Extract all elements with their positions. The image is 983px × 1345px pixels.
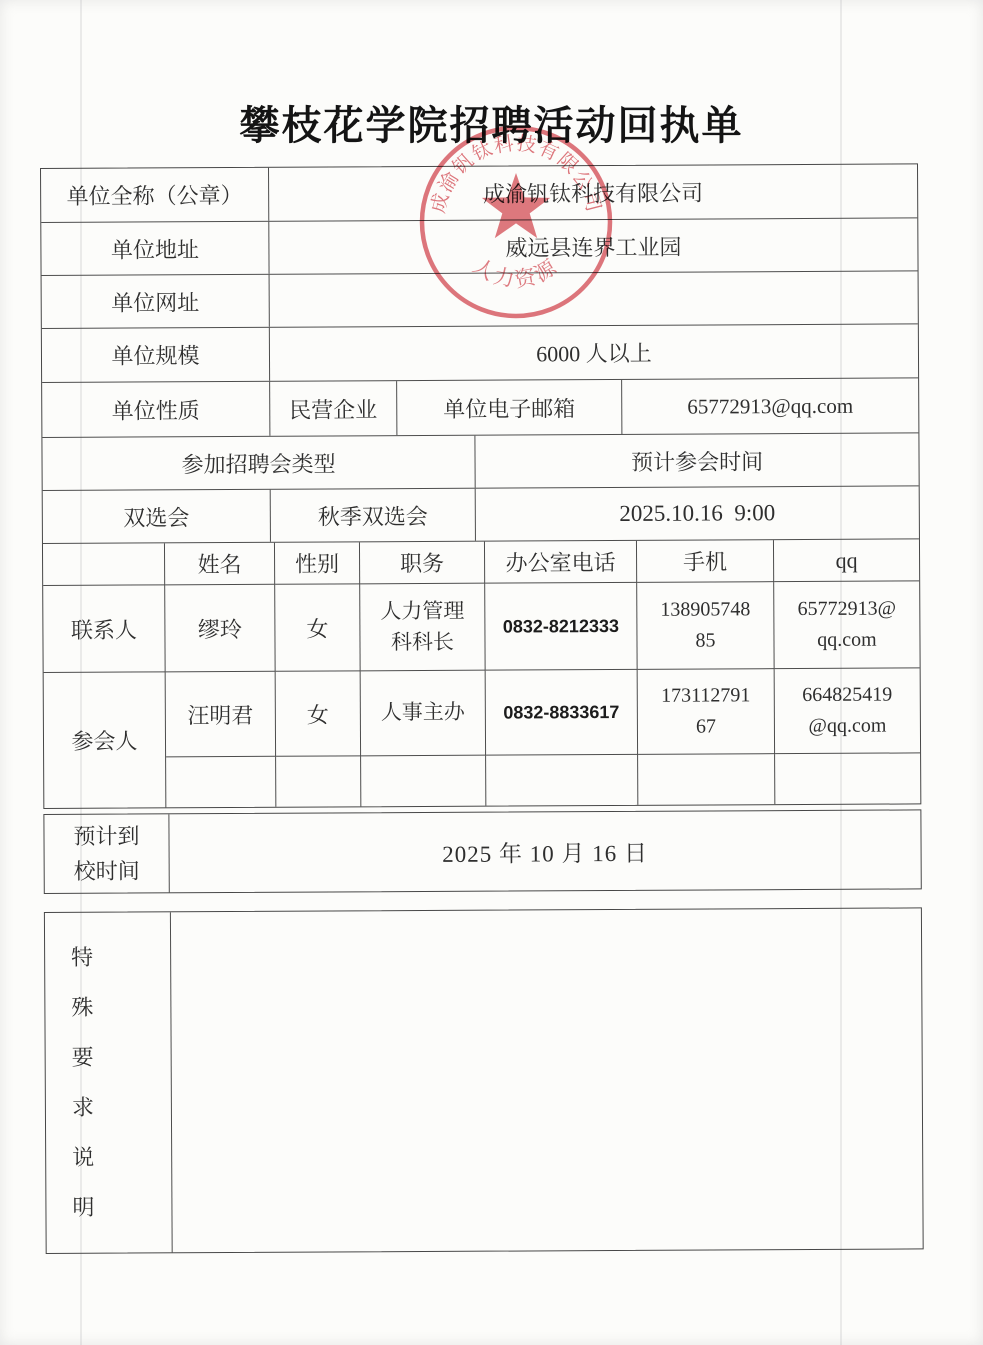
contact-name: 缪玲: [165, 585, 275, 673]
header-name: 姓名: [165, 543, 275, 586]
address-value: 威远县连界工业园: [269, 218, 917, 273]
attendee-position: 人事主办: [361, 671, 486, 757]
website-value: [270, 271, 918, 326]
empty-cell: [166, 757, 276, 808]
header-mobile: 手机: [637, 540, 774, 583]
fair-category: 双选会: [43, 490, 271, 543]
main-table: 单位全称（公章） 成渝钒钛科技有限公司 单位地址 威远县连界工业园 单位网址 单…: [40, 163, 921, 809]
fair-time-header: 预计参会时间: [475, 433, 918, 487]
contact-gender: 女: [275, 584, 360, 671]
attendee-name: 汪明君: [166, 672, 276, 758]
arrival-time-value: 2025 年 10 月 16 日: [169, 810, 920, 892]
attendee-qq: 664825419@qq.com: [775, 668, 920, 754]
attendee-mobile: 17311279167: [638, 669, 775, 755]
fair-time-value: 2025.10.16 9:00: [476, 486, 919, 540]
company-name-value: 成渝钒钛科技有限公司: [269, 164, 917, 220]
empty-cell: [638, 754, 775, 805]
header-office-phone: 办公室电话: [485, 541, 637, 584]
header-position: 职务: [360, 542, 485, 585]
table-row: 单位规模 6000 人以上: [42, 324, 918, 383]
fair-type-header: 参加招聘会类型: [42, 436, 475, 490]
email-label: 单位电子邮箱: [397, 380, 622, 435]
table-row: 单位全称（公章） 成渝钒钛科技有限公司: [41, 164, 917, 223]
fair-session: 秋季双选会: [271, 489, 476, 542]
empty-cell: [775, 753, 920, 804]
empty-cell: [486, 755, 638, 806]
header-gender: 性别: [275, 542, 360, 584]
nature-label: 单位性质: [42, 382, 270, 437]
website-label: 单位网址: [42, 275, 270, 328]
empty-cell: [43, 543, 165, 586]
table-row: 双选会 秋季双选会 2025.10.16 9:00: [43, 486, 919, 544]
arrival-time-table: 预计到校时间 2025 年 10 月 16 日: [43, 809, 921, 894]
table-row: 单位性质 民营企业 单位电子邮箱 65772913@qq.com: [42, 378, 918, 438]
header-qq: qq: [774, 539, 919, 582]
empty-cell: [276, 756, 361, 806]
contact-office-phone: 0832-8212333: [485, 583, 637, 671]
table-row: 单位网址: [42, 271, 918, 329]
address-label: 单位地址: [41, 222, 269, 275]
attendee-gender: 女: [276, 671, 361, 756]
scale-label: 单位规模: [42, 328, 270, 382]
contact-qq: 65772913@qq.com: [774, 581, 919, 669]
arrival-time-label: 预计到校时间: [44, 814, 169, 893]
form-table: 单位全称（公章） 成渝钒钛科技有限公司 单位地址 威远县连界工业园 单位网址 单…: [40, 163, 924, 1254]
scale-value: 6000 人以上: [270, 324, 918, 380]
attendee-office-phone: 0832-8833617: [486, 670, 638, 756]
special-requirements-label: 特殊要求说明: [45, 912, 173, 1253]
table-row: 参加招聘会类型 预计参会时间: [42, 433, 918, 491]
nature-value: 民营企业: [270, 381, 397, 436]
attendee-role: 参会人: [44, 672, 167, 808]
scanned-form-page: 攀枝花学院招聘活动回执单 单位全称（公章） 成渝钒钛科技有限公司 单位地址 威远…: [0, 0, 983, 1345]
contact-mobile: 13890574885: [637, 582, 774, 670]
empty-cell: [361, 756, 486, 807]
company-name-label: 单位全称（公章）: [41, 168, 269, 222]
contact-position: 人力管理科科长: [360, 584, 485, 672]
special-requirements-value: [171, 908, 923, 1252]
page-title: 攀枝花学院招聘活动回执单: [0, 94, 983, 151]
contacts-grid: 姓名 性别 职务 办公室电话 手机 qq 联系人 缪玲 女 人力管理科科长 08…: [43, 539, 920, 808]
email-value: 65772913@qq.com: [622, 378, 918, 434]
table-row: 单位地址 威远县连界工业园: [41, 218, 917, 276]
contact-role: 联系人: [43, 585, 165, 673]
special-requirements-table: 特殊要求说明: [44, 907, 924, 1254]
